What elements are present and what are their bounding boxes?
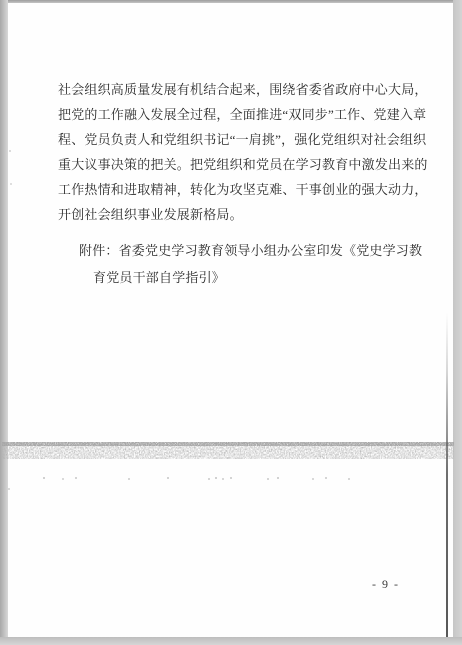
page-number: - 9 - — [372, 577, 400, 592]
attachment-note: 附件：省委党史学习教育领导小组办公室印发《党史学习教 育党员干部自学指引》 — [79, 237, 439, 291]
scanner-noise-band — [2, 442, 454, 459]
scan-specks — [0, 0, 2, 2]
body-text-line: 把党的工作融入发展全过程，全面推进“双同步”工作、党建入章 — [58, 102, 430, 127]
body-paragraph: 社会组织高质量发展有机结合起来，围绕省委省政府中心大局， 把党的工作融入发展全过… — [58, 77, 430, 227]
body-text-line: 工作热情和进取精神，转化为攻坚克难、干事创业的强大动力， — [58, 177, 430, 202]
scanned-document-view: 社会组织高质量发展有机结合起来，围绕省委省政府中心大局， 把党的工作融入发展全过… — [0, 0, 462, 645]
scan-edge-shadow — [446, 312, 448, 637]
attachment-line: 附件：省委党史学习教育领导小组办公室印发《党史学习教 — [79, 237, 439, 264]
body-text-line: 程、党员负责人和党组织书记“一肩挑”，强化党组织对社会组织 — [58, 127, 430, 152]
scan-border-left — [0, 0, 8, 645]
body-text-line: 重大议事决策的把关。把党组织和党员在学习教育中激发出来的 — [58, 152, 430, 177]
attachment-line: 育党员干部自学指引》 — [93, 264, 439, 291]
body-text-line: 开创社会组织事业发展新格局。 — [58, 202, 430, 227]
scan-border-top — [0, 0, 462, 3]
scan-border-right — [453, 0, 462, 645]
body-text-line: 社会组织高质量发展有机结合起来，围绕省委省政府中心大局， — [58, 77, 430, 102]
scan-border-bottom — [0, 637, 462, 645]
